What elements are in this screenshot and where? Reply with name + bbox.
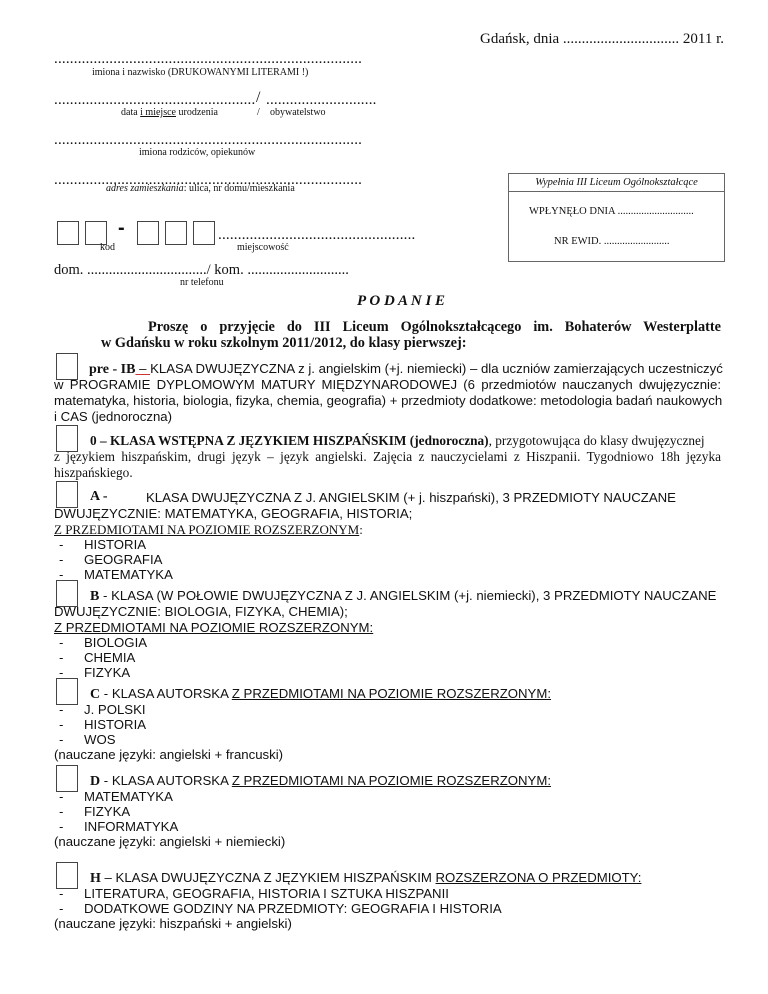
bullet: - (54, 886, 84, 902)
subject-name: HISTORIA (84, 717, 146, 732)
postal-code-digit-4[interactable] (165, 221, 187, 245)
bullet: - (54, 819, 84, 835)
postal-code-caption: kod (100, 242, 115, 253)
class-d-subject: -INFORMATYKA (54, 819, 178, 835)
subject-name: LITERATURA, GEOGRAFIA, HISTORIA I SZTUKA… (84, 886, 449, 901)
class-b-line-1: B - KLASA (W POŁOWIE DWUJĘZYCZNA Z J. AN… (90, 588, 716, 605)
class-c-subject: -WOS (54, 732, 116, 748)
class-pre-ib-line-4: i CAS (jednoroczna) (54, 409, 172, 425)
bullet: - (54, 789, 84, 805)
bullet: - (54, 537, 84, 553)
class-h-label: H (90, 871, 101, 886)
class-c-subject: -HISTORIA (54, 717, 146, 733)
address-caption: adres zamieszkania: ulica, nr domu/miesz… (106, 183, 295, 194)
postal-code-dash: - (118, 217, 125, 240)
class-c-checkbox[interactable] (56, 678, 78, 705)
class-h-checkbox[interactable] (56, 862, 78, 889)
birth-caption-prefix: data (121, 107, 140, 118)
citizenship-caption-slash: / (257, 107, 260, 118)
subject-name: J. POLSKI (84, 702, 146, 717)
class-a-subject: -GEOGRAFIA (54, 552, 162, 568)
subject-name: INFORMATYKA (84, 819, 178, 834)
birth-caption-suffix: urodzenia (176, 107, 218, 118)
bullet: - (54, 635, 84, 651)
subject-name: WOS (84, 732, 116, 747)
class-pre-ib-sep: – (135, 361, 150, 376)
class-0-line-2: z językiem hiszpańskim, drugi język – ję… (54, 449, 721, 465)
received-date-field: WPŁYNĘŁO DNIA ..........................… (529, 206, 694, 217)
class-0-checkbox[interactable] (56, 425, 78, 452)
birth-caption: data i miejsce urodzenia (121, 107, 218, 118)
city-caption: miejscowość (237, 242, 289, 253)
class-c-subject: -J. POLSKI (54, 702, 146, 718)
class-pre-ib-label: pre - IB (89, 362, 135, 377)
class-d-label: D (90, 774, 100, 789)
subject-name: DODATKOWE GODZINY NA PRZEDMIOTY: GEOGRAF… (84, 901, 502, 916)
subject-name: GEOGRAFIA (84, 552, 162, 567)
subject-name: FIZYKA (84, 665, 130, 680)
class-c-line-1: C - KLASA AUTORSKA Z PRZEDMIOTAMI NA POZ… (90, 686, 551, 703)
address-caption-rest: : ulica, nr domu/mieszkania (184, 183, 295, 194)
class-b-extended-heading: Z PRZEDMIOTAMI NA POZIOMIE ROZSZERZONYM: (54, 620, 373, 636)
bullet: - (54, 804, 84, 820)
class-pre-ib-line-3: matematyka, historia, biologia, fizyka, … (54, 393, 721, 409)
class-b-desc: - KLASA (W POŁOWIE DWUJĘZYCZNA Z J. ANGI… (99, 588, 716, 603)
class-h-subject: -LITERATURA, GEOGRAFIA, HISTORIA I SZTUK… (54, 886, 449, 902)
class-0-desc: , przygotowująca do klasy dwujęzycznej (489, 433, 705, 448)
phone-caption: nr telefonu (180, 277, 224, 288)
class-pre-ib-checkbox[interactable] (56, 353, 78, 380)
class-b-line-2: DWUJĘZYCZNIE: BIOLOGIA, FIZYKA, CHEMIA); (54, 604, 348, 620)
postal-code-digit-3[interactable] (137, 221, 159, 245)
class-c-extended-heading: Z PRZEDMIOTAMI NA POZIOMIE ROZSZERZONYM: (232, 686, 551, 701)
citizenship-input-line[interactable]: ............................ (266, 93, 377, 108)
city-input-line[interactable]: ........................................… (218, 228, 416, 243)
class-d-extended-heading: Z PRZEDMIOTAMI NA POZIOMIE ROZSZERZONYM: (232, 773, 551, 788)
subject-name: HISTORIA (84, 537, 146, 552)
class-d-languages: (nauczane języki: angielski + niemiecki) (54, 834, 285, 850)
class-0-line-1: 0 – KLASA WSTĘPNA Z JĘZYKIEM HISZPAŃSKIM… (90, 433, 705, 449)
office-use-box: Wypełnia III Liceum Ogólnokształcące WPŁ… (508, 173, 725, 262)
record-number-field: NR EWID. ......................... (554, 236, 670, 247)
name-caption: imiona i nazwisko (DRUKOWANYMI LITERAMI … (92, 67, 308, 78)
class-h-subject: -DODATKOWE GODZINY NA PRZEDMIOTY: GEOGRA… (54, 901, 502, 917)
postal-code-digit-1[interactable] (57, 221, 79, 245)
subject-name: FIZYKA (84, 804, 130, 819)
class-d-checkbox[interactable] (56, 765, 78, 792)
parents-input-line[interactable]: ........................................… (54, 133, 362, 148)
bullet: - (54, 552, 84, 568)
class-d-subject: -FIZYKA (54, 804, 130, 820)
bullet: - (54, 732, 84, 748)
birth-slash: / (256, 89, 260, 107)
address-caption-italic: adres zamieszkania (106, 183, 184, 194)
class-pre-ib-line-1: pre - IB – KLASA DWUJĘZYCZNA z j. angiel… (89, 361, 723, 378)
class-b-subject: -BIOLOGIA (54, 635, 147, 651)
class-pre-ib-desc: KLASA DWUJĘZYCZNA z j. angielskim (+j. n… (150, 361, 723, 376)
citizenship-caption: obywatelstwo (270, 107, 326, 118)
class-a-extended-heading-text: Z PRZEDMIOTAMI NA POZIOMIE ROZSZERZONYM (54, 522, 359, 537)
class-0-line-3: hiszpańskiego. (54, 465, 133, 481)
parents-caption: imiona rodziców, opiekunów (139, 147, 255, 158)
document-title: P O D A N I E (357, 293, 445, 310)
subject-name: BIOLOGIA (84, 635, 147, 650)
class-a-label: A - (90, 489, 108, 505)
class-a-extended-colon: : (359, 522, 363, 537)
subject-name: CHEMIA (84, 650, 135, 665)
class-pre-ib-line-2: w PROGRAMIE DYPLOMOWYM MATURY MIĘDZYNARO… (54, 377, 721, 393)
class-a-line-1: KLASA DWUJĘZYCZNA Z J. ANGIELSKIM (+ j. … (146, 490, 676, 506)
class-h-languages: (nauczane języki: hiszpański + angielski… (54, 916, 292, 932)
birth-caption-underlined: i miejsce (140, 107, 176, 118)
postal-code-digit-5[interactable] (193, 221, 215, 245)
bullet: - (54, 650, 84, 666)
birth-date-place-input-line[interactable]: ........................................… (54, 93, 255, 108)
class-b-subject: -CHEMIA (54, 650, 135, 666)
class-h-extended-heading: ROZSZERZONA O PRZEDMIOTY: (436, 870, 642, 885)
class-b-checkbox[interactable] (56, 580, 78, 607)
intro-line-2: w Gdańsku w roku szkolnym 2011/2012, do … (101, 335, 467, 352)
class-c-label: C (90, 687, 100, 702)
class-a-subject: -HISTORIA (54, 537, 146, 553)
name-input-line[interactable]: ........................................… (54, 52, 362, 67)
class-h-line-1: H – KLASA DWUJĘZYCZNA Z JĘZYKIEM HISZPAŃ… (90, 870, 641, 887)
class-h-desc: – KLASA DWUJĘZYCZNA Z JĘZYKIEM HISZPAŃSK… (101, 870, 436, 885)
intro-line-1: Proszę o przyjęcie do III Liceum Ogólnok… (148, 319, 721, 336)
place-date-field[interactable]: Gdańsk, dnia ...........................… (480, 31, 724, 48)
class-a-line-2: DWUJĘZYCZNIE: MATEMATYKA, GEOGRAFIA, HIS… (54, 506, 412, 522)
class-b-label: B (90, 589, 99, 604)
class-d-desc: - KLASA AUTORSKA (100, 773, 232, 788)
subject-name: MATEMATYKA (84, 789, 173, 804)
class-d-subject: -MATEMATYKA (54, 789, 173, 805)
office-box-title: Wypełnia III Liceum Ogólnokształcące (509, 174, 724, 192)
class-a-checkbox[interactable] (56, 481, 78, 508)
subject-name: MATEMATYKA (84, 567, 173, 582)
class-c-languages: (nauczane języki: angielski + francuski) (54, 747, 283, 763)
class-c-desc: - KLASA AUTORSKA (100, 686, 232, 701)
bullet: - (54, 717, 84, 733)
class-d-line-1: D - KLASA AUTORSKA Z PRZEDMIOTAMI NA POZ… (90, 773, 551, 790)
bullet: - (54, 901, 84, 917)
class-a-extended-heading: Z PRZEDMIOTAMI NA POZIOMIE ROZSZERZONYM: (54, 522, 363, 538)
bullet: - (54, 702, 84, 718)
class-0-label: 0 – KLASA WSTĘPNA Z JĘZYKIEM HISZPAŃSKIM… (90, 433, 489, 448)
